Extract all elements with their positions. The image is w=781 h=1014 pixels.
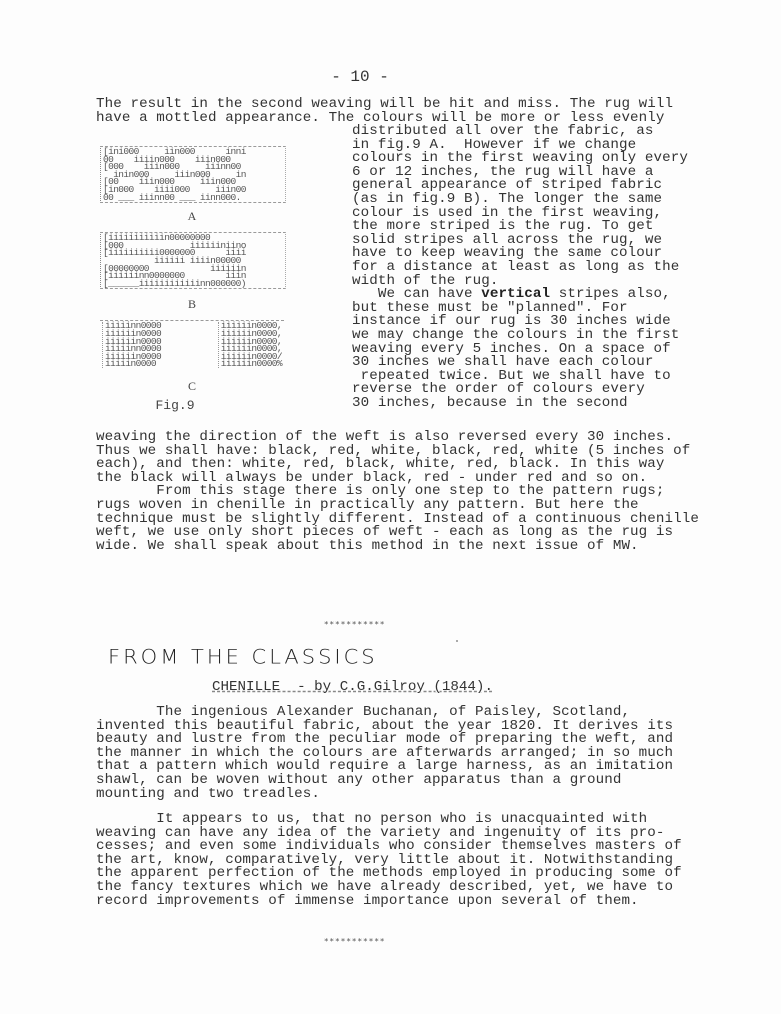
text-line: 30 inches, because in the second — [352, 397, 688, 411]
text-line: mounting and two treadles. — [96, 788, 673, 802]
figure-9: [ini000 iin000 inni 00 iiiin000 iiin000 … — [100, 146, 290, 413]
text-line: record improvements of immense importanc… — [96, 895, 682, 909]
article-title: CHENILLE - by C.G.Gilroy (1844). — [212, 679, 493, 695]
figure-9c-right-stripe: iiiiiin0000, iiiiiin0000, iiiiiin0000, i… — [218, 322, 282, 368]
page-number: - 10 - — [320, 68, 400, 86]
document-page: - 10 - The result in the second weaving … — [0, 0, 781, 1014]
figure-9c-swatch: iiiiinn0000 iiiiiin0000 iiiiiin0000 iiii… — [100, 320, 284, 369]
figure-9b-label: B — [100, 297, 284, 312]
figure-9c-left-stripe: iiiiinn0000 iiiiiin0000 iiiiiin0000 iiii… — [102, 322, 161, 368]
article-paragraph-2: It appears to us, that no person who is … — [96, 813, 682, 908]
figure-9a-swatch: [ini000 iin000 inni 00 iiiin000 iiin000 … — [100, 146, 286, 203]
speck — [456, 640, 458, 642]
separator-stars: *********** — [300, 620, 410, 629]
figure-9c-label: C — [100, 379, 284, 394]
right-column-text: distributed all over the fabric, asin fi… — [352, 125, 688, 410]
figure-caption: Fig.9 — [100, 398, 250, 413]
section-heading: FROM THE CLASSICS — [108, 646, 378, 668]
separator-stars-end: *********** — [300, 937, 410, 946]
text-line: wide. We shall speak about this method i… — [96, 540, 699, 554]
continuation-full-lines: weaving the direction of the weft is als… — [96, 431, 699, 553]
figure-9b-swatch: [iiiiiiiiiiin00000000 [000 iiiiiiniino [… — [100, 232, 286, 289]
figure-9a-label: A — [100, 209, 284, 224]
intro-full-lines: The result in the second weaving will be… — [96, 98, 673, 125]
article-paragraph-1: The ingenious Alexander Buchanan, of Pai… — [96, 706, 673, 801]
